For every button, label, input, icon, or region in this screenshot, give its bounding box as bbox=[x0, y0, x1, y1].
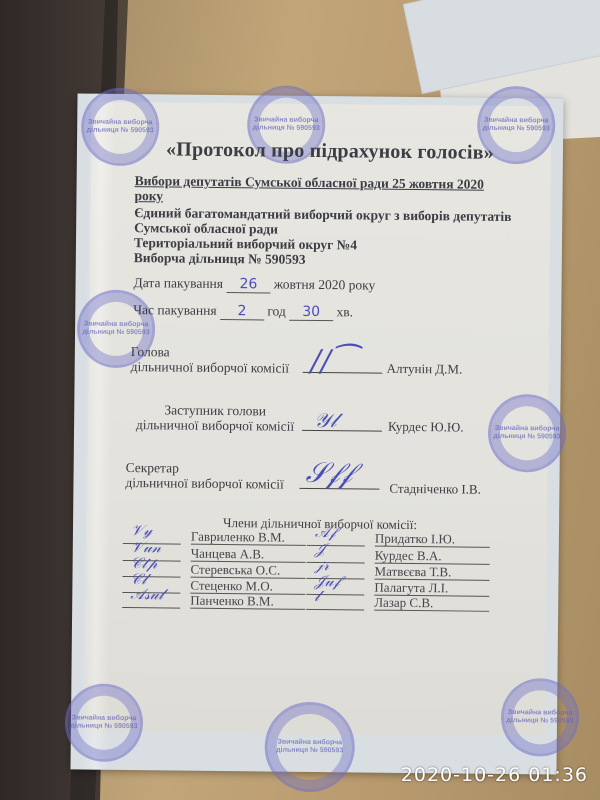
member-left-2: 𝒱𝓊𝓃Чанцева А.В. bbox=[191, 546, 265, 563]
secretary-role-commission: дільничної виборчої комісії bbox=[125, 475, 283, 492]
seal-stamp-bottom-center: Звичайна виборча дільниця № 590593 bbox=[264, 701, 355, 792]
member-name: Лазар С.В. bbox=[374, 595, 433, 611]
member-left-3: 𝒞𝓉𝓅Стеревська О.С. bbox=[190, 562, 280, 579]
polling-station: Виборча дільниця № 590593 bbox=[134, 250, 524, 269]
stamp-text: Звичайна виборча дільниця № 590593 bbox=[84, 119, 156, 136]
member-signature: 𝒜𝓈𝓊𝓁 bbox=[130, 586, 163, 604]
chair-role: Голова дільничної виборчої комісії bbox=[131, 344, 290, 376]
secretary-signature: 𝒮𝒻𝒻 bbox=[305, 456, 352, 490]
hours-unit: год bbox=[267, 303, 286, 318]
member-right-5: 𝓁Лазар С.В. bbox=[374, 595, 433, 612]
stamp-text: Звичайна виборча дільниця № 590593 bbox=[480, 117, 552, 134]
member-name: Палагута Л.І. bbox=[374, 580, 448, 596]
packing-hours-handwritten: 2 bbox=[220, 303, 264, 320]
deputy-role: Заступник голови дільничної виборчої ком… bbox=[130, 402, 300, 434]
stamp-text: Звичайна виборча дільниця № 590593 bbox=[68, 714, 140, 731]
packing-minutes-handwritten: 30 bbox=[289, 304, 333, 321]
member-left-5: 𝒜𝓈𝓊𝓁Панченко В.М. bbox=[190, 593, 274, 610]
packing-date-label: Дата пакування bbox=[133, 275, 223, 291]
chair-signature: ∕∕⁀ bbox=[311, 344, 356, 379]
deputy-signature: 𝒴𝓁 bbox=[314, 408, 337, 432]
stamp-text: Звичайна виборча дільниця № 590593 bbox=[504, 709, 576, 726]
member-signature: 𝓁 bbox=[314, 588, 319, 606]
deputy-role-title: Заступник голови bbox=[130, 402, 300, 419]
member-right-1: 𝒜𝒻Придатко І.Ю. bbox=[375, 531, 455, 548]
chair-role-commission: дільничної виборчої комісії bbox=[131, 359, 289, 376]
stamp-text: Звичайна виборча дільниця № 590593 bbox=[250, 116, 322, 133]
deputy-name: Курдес Ю.Ю. bbox=[388, 419, 464, 436]
packing-time-label: Час пакування bbox=[133, 302, 216, 318]
member-left-1: 𝒱𝓎Гавриленко В.М. bbox=[191, 529, 285, 546]
member-name: Панченко В.М. bbox=[190, 593, 274, 609]
member-name: Чанцева А.В. bbox=[191, 546, 265, 562]
seal-stamp-right: Звичайна виборча дільниця № 590593 bbox=[488, 394, 567, 473]
member-signature: 𝒜𝒻 bbox=[315, 524, 336, 542]
document-title: «Протокол про підрахунок голосів» bbox=[135, 138, 525, 165]
stamp-text: Звичайна виборча дільниця № 590593 bbox=[268, 739, 352, 756]
camera-timestamp: 2020-10-26 01:36 bbox=[401, 764, 588, 786]
member-signature: 𝒱𝓎 bbox=[131, 522, 152, 540]
chair-role-title: Голова bbox=[131, 344, 289, 361]
secretary-name: Стадніченко І.В. bbox=[389, 481, 481, 498]
secretary-role-title: Секретар bbox=[126, 460, 284, 477]
member-right-2: 𝒥Курдес В.А. bbox=[375, 548, 442, 565]
secretary-role: Секретар дільничної виборчої комісії bbox=[125, 460, 284, 492]
chair-name: Алтунін Д.М. bbox=[387, 361, 463, 378]
member-name: Матвєєва Т.В. bbox=[374, 564, 451, 580]
minutes-unit: хв. bbox=[336, 304, 353, 319]
protocol-text: «Протокол про підрахунок голосів» Вибори… bbox=[133, 138, 525, 323]
deputy-role-commission: дільничної виборчої комісії bbox=[130, 417, 300, 434]
member-name: Стеревська О.С. bbox=[190, 562, 280, 578]
seal-stamp-bottom-right: Звичайна виборча дільниця № 590593 bbox=[501, 678, 580, 757]
packing-day-handwritten: 26 bbox=[226, 276, 270, 293]
packing-date-suffix: жовтня 2020 року bbox=[274, 277, 376, 293]
stamp-text: Звичайна виборча дільниця № 590593 bbox=[491, 425, 563, 442]
member-right-3: 𝒿𝓇Матвєєва Т.В. bbox=[374, 564, 451, 581]
stamp-text: Звичайна виборча дільниця № 590593 bbox=[80, 321, 152, 338]
member-name: Гавриленко В.М. bbox=[191, 529, 285, 545]
member-name: Стеценко М.О. bbox=[190, 578, 273, 594]
sealed-protocol-packet: Звичайна виборча дільниця № 590593 Звича… bbox=[70, 93, 563, 774]
member-name: Курдес В.А. bbox=[375, 548, 442, 564]
packing-date: Дата пакування 26 жовтня 2020 року bbox=[133, 275, 523, 296]
member-name: Придатко І.Ю. bbox=[375, 531, 455, 547]
seal-stamp-bottom-left: Звичайна виборча дільниця № 590593 bbox=[65, 683, 144, 762]
